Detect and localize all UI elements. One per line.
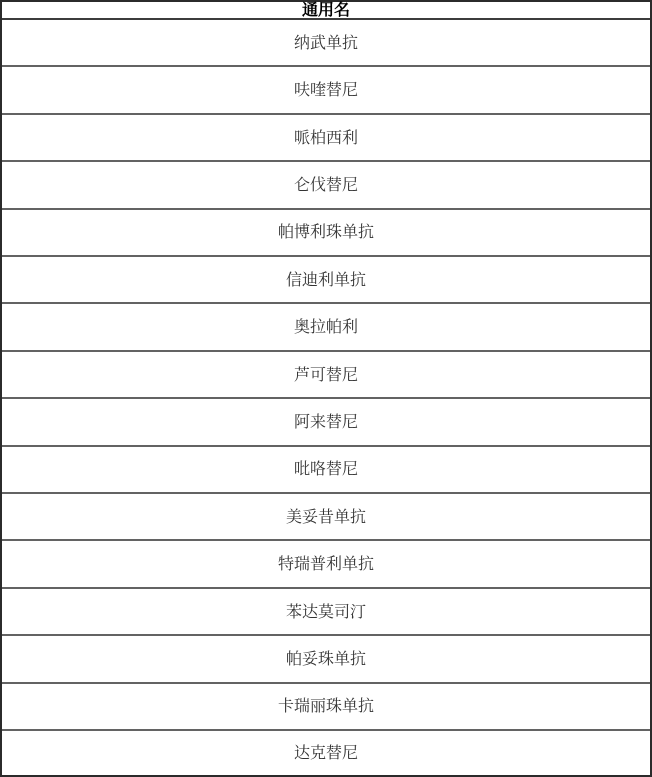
generic-name-table-container: 通用名 纳武单抗 呋喹替尼 哌柏西利 仑伐替尼 帕博利珠单抗 信迪利单抗 奥拉帕… [0,0,652,777]
table-row: 仑伐替尼 [2,161,650,208]
drug-name-cell: 卡瑞丽珠单抗 [2,683,650,730]
table-row: 芦可替尼 [2,351,650,398]
table-row: 美妥昔单抗 [2,493,650,540]
drug-name-cell: 帕妥珠单抗 [2,635,650,682]
drug-name-cell: 特瑞普利单抗 [2,540,650,587]
drug-name-cell: 哌柏西利 [2,114,650,161]
drug-name-cell: 奥拉帕利 [2,303,650,350]
drug-name-cell: 信迪利单抗 [2,256,650,303]
drug-name-cell: 苯达莫司汀 [2,588,650,635]
table-row: 卡瑞丽珠单抗 [2,683,650,730]
drug-name-cell: 吡咯替尼 [2,446,650,493]
table-row: 信迪利单抗 [2,256,650,303]
table-row: 哌柏西利 [2,114,650,161]
table-row: 苯达莫司汀 [2,588,650,635]
table-row: 帕妥珠单抗 [2,635,650,682]
table-row: 纳武单抗 [2,19,650,66]
drug-name-cell: 呋喹替尼 [2,66,650,113]
generic-name-table: 通用名 纳武单抗 呋喹替尼 哌柏西利 仑伐替尼 帕博利珠单抗 信迪利单抗 奥拉帕… [2,2,650,775]
drug-name-cell: 仑伐替尼 [2,161,650,208]
table-row: 特瑞普利单抗 [2,540,650,587]
drug-name-cell: 达克替尼 [2,730,650,775]
table-row: 奥拉帕利 [2,303,650,350]
drug-name-cell: 帕博利珠单抗 [2,209,650,256]
drug-name-cell: 阿来替尼 [2,398,650,445]
table-row: 吡咯替尼 [2,446,650,493]
drug-name-cell: 纳武单抗 [2,19,650,66]
table-row: 达克替尼 [2,730,650,775]
table-row: 通用名 [2,2,650,19]
table-row: 呋喹替尼 [2,66,650,113]
table-row: 阿来替尼 [2,398,650,445]
table-body: 纳武单抗 呋喹替尼 哌柏西利 仑伐替尼 帕博利珠单抗 信迪利单抗 奥拉帕利 芦可… [2,19,650,775]
drug-name-cell: 美妥昔单抗 [2,493,650,540]
drug-name-cell: 芦可替尼 [2,351,650,398]
table-row: 帕博利珠单抗 [2,209,650,256]
table-header-row: 通用名 [2,2,650,19]
column-header-generic-name: 通用名 [2,2,650,19]
